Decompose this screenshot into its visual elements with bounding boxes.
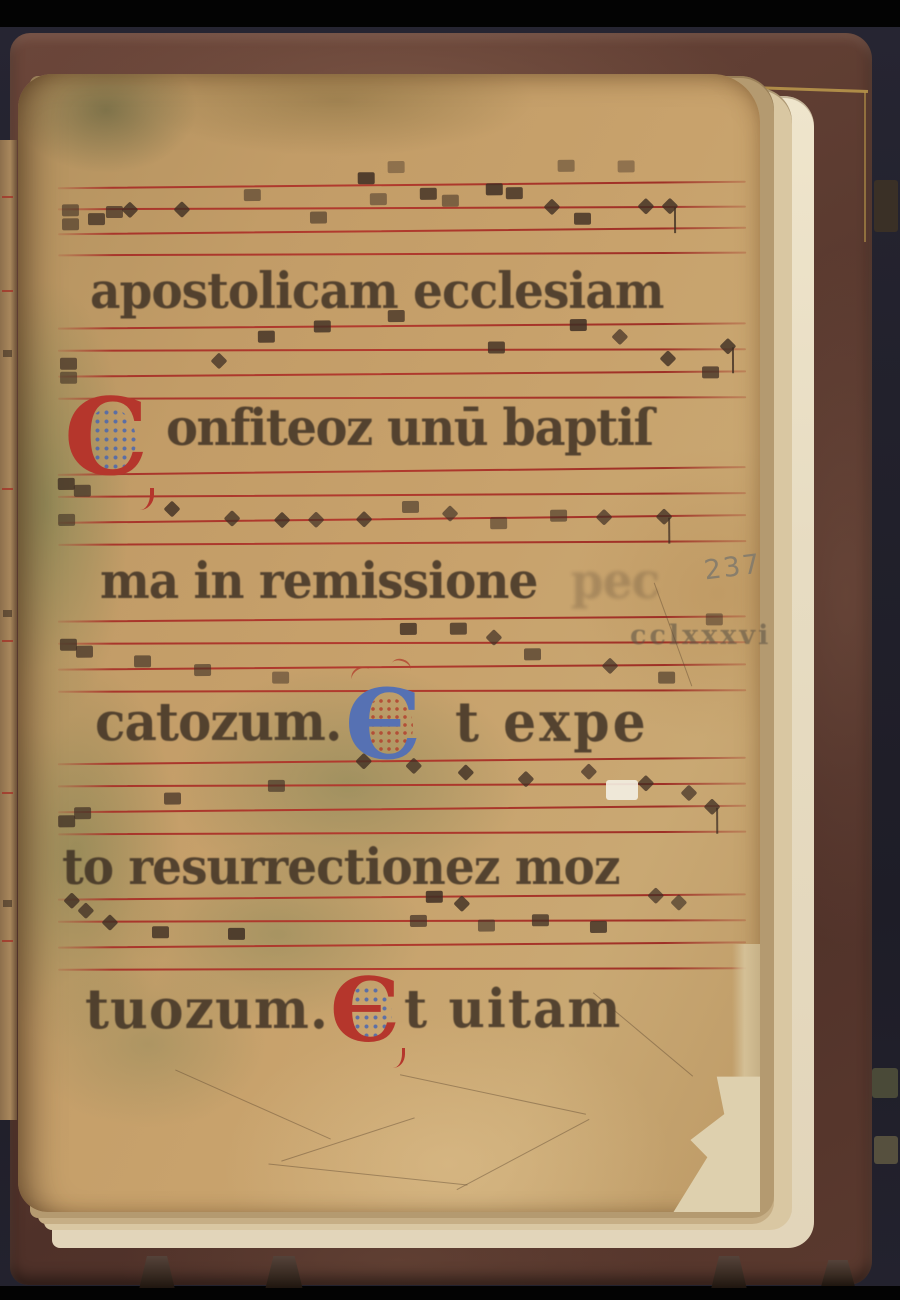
neume — [680, 785, 697, 802]
neume — [62, 204, 79, 216]
staff-line — [58, 252, 746, 257]
neume — [590, 921, 607, 933]
neume — [524, 648, 541, 660]
neume — [194, 664, 211, 676]
neume-tail — [732, 347, 734, 373]
neume — [121, 201, 138, 218]
folio-number-ink: cclxxxvi — [630, 620, 771, 651]
neume — [308, 511, 325, 528]
neume — [478, 920, 495, 932]
neume — [660, 350, 677, 367]
staff-line-fragment — [2, 940, 13, 942]
staff-line — [58, 227, 746, 235]
neume — [106, 206, 123, 218]
neume — [558, 160, 575, 172]
staff-line-fragment — [2, 196, 13, 198]
neume-tail — [674, 207, 676, 233]
neume — [356, 511, 373, 528]
manuscript-page: apostolicam ecclesiam C onfiteoz unū bap… — [18, 74, 760, 1212]
neume — [134, 655, 151, 667]
neume — [596, 509, 613, 526]
chant-text-line-6: tuozum. — [85, 977, 329, 1042]
neume — [658, 672, 675, 684]
chant-text: catozum. — [95, 690, 341, 753]
staff-line — [58, 466, 746, 476]
neume — [60, 358, 77, 370]
staff-line — [58, 967, 746, 970]
neume — [101, 914, 118, 931]
neume — [76, 646, 93, 658]
neume — [58, 815, 75, 827]
clasp-hardware — [874, 180, 898, 232]
neume — [647, 887, 664, 904]
neume — [370, 193, 387, 205]
staff-line — [58, 919, 746, 922]
illuminated-initial-e-red: Є — [330, 974, 400, 1048]
neume — [173, 201, 190, 218]
neume-tail — [716, 808, 718, 834]
chant-text-line-1: apostolicam ecclesiam — [90, 262, 663, 320]
neume — [274, 512, 291, 529]
neume — [268, 780, 285, 792]
neume — [637, 775, 654, 792]
neume-tail — [668, 518, 670, 544]
neume — [670, 894, 687, 911]
chant-text: tuozum. — [85, 977, 329, 1042]
chant-text: apostolicam ecclesiam — [90, 262, 663, 320]
repair-patch — [606, 780, 638, 800]
neume — [244, 189, 261, 201]
neume — [618, 160, 635, 172]
neume — [74, 807, 91, 819]
staff-line — [58, 514, 746, 524]
neume — [450, 623, 467, 635]
initial-letter: Є — [330, 958, 400, 1062]
staff-line — [58, 492, 746, 498]
neume — [88, 213, 105, 225]
initial-letter: C — [64, 374, 148, 499]
photo-letterbox-bar — [0, 1286, 900, 1300]
music-staff — [58, 467, 747, 547]
neume — [400, 623, 417, 635]
neume — [550, 510, 567, 522]
chant-text-line-4: catozum. — [95, 690, 341, 753]
illuminated-initial-c: C — [64, 392, 148, 481]
music-staff — [58, 894, 746, 972]
neume — [228, 928, 245, 940]
neume-fragment — [3, 900, 12, 907]
neume — [358, 172, 375, 184]
staff-line-fragment — [2, 488, 13, 490]
photo-letterbox-bar — [0, 0, 900, 27]
neume-fragment — [3, 610, 12, 617]
staff-line-fragment — [2, 640, 13, 642]
neume — [258, 331, 275, 343]
neume — [164, 501, 181, 518]
neume — [611, 328, 628, 345]
neume — [388, 161, 405, 173]
initial-letter: Є — [345, 668, 421, 781]
neume — [602, 657, 619, 674]
clasp-hardware — [874, 1136, 898, 1164]
staff-line-fragment — [2, 792, 13, 794]
chant-text: onfiteoz unū baptiſ — [166, 398, 653, 457]
chant-text-line-5: to resurrectionez moz — [62, 838, 620, 896]
neume — [702, 366, 719, 378]
neume — [224, 510, 241, 527]
neume — [506, 187, 523, 199]
neume — [58, 514, 75, 526]
neume — [60, 639, 77, 651]
neume — [453, 895, 470, 912]
neume — [164, 793, 181, 805]
neume — [420, 188, 437, 200]
neume — [442, 195, 459, 207]
manuscript-photo: apostolicam ecclesiam C onfiteoz unū bap… — [0, 0, 900, 1300]
staff-line — [58, 805, 746, 813]
neume — [272, 672, 289, 684]
illuminated-initial-e-blue: Є — [345, 685, 421, 766]
neume — [402, 501, 419, 513]
facing-page-sliver — [0, 140, 17, 1120]
staff-line — [58, 322, 746, 329]
neume — [543, 198, 560, 215]
neume — [574, 213, 591, 225]
staff-line — [58, 181, 746, 189]
chant-text-line-4b: t expe — [455, 690, 649, 755]
chant-text: t expe — [455, 690, 649, 755]
chant-text-line-2: onfiteoz unū baptiſ — [166, 398, 653, 457]
neume — [152, 926, 169, 938]
neume-fragment — [3, 350, 12, 357]
chant-text-line-6b: t uitam — [404, 977, 622, 1040]
staff-line — [58, 348, 746, 351]
neume — [410, 915, 427, 927]
chant-text: to resurrectionez moz — [62, 838, 620, 896]
gilt-edge — [864, 92, 866, 242]
neume — [211, 352, 228, 369]
neume — [532, 914, 549, 926]
chant-text: ma in remissione — [100, 552, 537, 610]
neume — [488, 341, 505, 353]
staff-line — [58, 941, 746, 948]
music-staff — [58, 182, 746, 258]
staff-line-fragment — [2, 290, 13, 292]
neume — [490, 517, 507, 529]
staff-line — [58, 540, 746, 546]
music-staff — [58, 323, 746, 401]
staff-line — [58, 370, 746, 377]
neume — [457, 764, 474, 781]
neume — [637, 198, 654, 215]
staff-line — [58, 831, 746, 836]
chant-text-line-3: ma in remissione pec — [100, 552, 659, 610]
neume — [580, 763, 597, 780]
clasp-hardware — [872, 1068, 898, 1098]
neume — [314, 320, 331, 332]
neume — [486, 183, 503, 195]
neume — [570, 319, 587, 331]
neume — [77, 902, 94, 919]
neume — [310, 212, 327, 224]
show-through-text: pec — [571, 552, 659, 610]
neume — [62, 218, 79, 230]
chant-text: t uitam — [404, 977, 622, 1040]
